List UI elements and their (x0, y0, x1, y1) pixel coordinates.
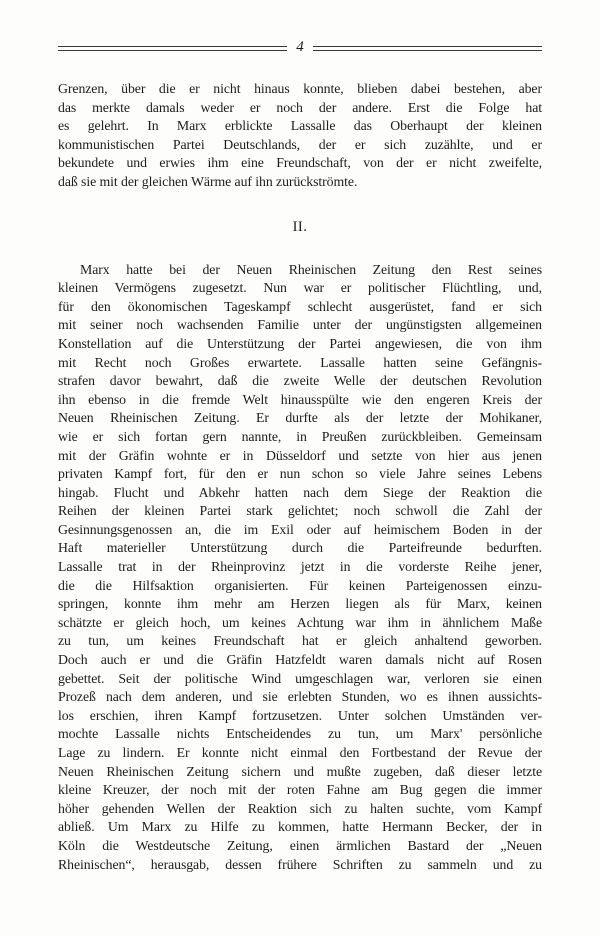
text-line: Marx hatte bei der Neuen Rheinischen Zei… (58, 261, 542, 280)
text-line: das merkte damals weder er noch der ande… (58, 99, 542, 118)
text-line: Neuen Rheinischen Zeitung. Er durfte als… (58, 409, 542, 428)
text-line: Grenzen, über die er nicht hinaus konnte… (58, 80, 542, 99)
text-line: mit der Gräfin wohnte er in Düsseldorf u… (58, 447, 542, 466)
text-line: es gelehrt. In Marx erblickte Lassalle d… (58, 117, 542, 136)
text-line: daß sie mit der gleichen Wärme auf ihn z… (58, 173, 542, 192)
paragraph: Grenzen, über die er nicht hinaus konnte… (58, 80, 542, 192)
text-line: bekundete und erwies ihm eine Freundscha… (58, 154, 542, 173)
document-page: 4 Grenzen, über die er nicht hinaus konn… (0, 0, 600, 936)
text-line: Rheinischen“, herausgab, dessen frühere … (58, 856, 542, 875)
text-line: zu tun, um keines Freundschaft hat er gl… (58, 632, 542, 651)
text-line: ihn ebenso in die fremde Welt hinausspül… (58, 391, 542, 410)
text-line: mochte Lassalle nichts Entscheidendes zu… (58, 725, 542, 744)
text-line: Neuen Rheinischen Zeitung sichern und mu… (58, 763, 542, 782)
section-heading: II. (58, 219, 542, 236)
text-line: kommunistischen Partei Deutschlands, der… (58, 136, 542, 155)
text-line: Doch auch er und die Gräfin Hatzfeldt wa… (58, 651, 542, 670)
text-line: Lassalle trat in der Rheinprovinz jetzt … (58, 558, 542, 577)
text-line: Haft materieller Unterstützung durch die… (58, 539, 542, 558)
text-line: für den ökonomischen Tageskampf schlecht… (58, 298, 542, 317)
text-line: los erschien, ihren Kampf fortzusetzen. … (58, 707, 542, 726)
page-number: 4 (287, 40, 313, 55)
text-line: abließ. Um Marx zu Hilfe zu kommen, hatt… (58, 818, 542, 837)
text-line: mit seiner noch wachsenden Familie unter… (58, 316, 542, 335)
text-line: Reihen der kleinen Partei stark gelichte… (58, 502, 542, 521)
text-line: gebettet. Seit der politische Wind umges… (58, 670, 542, 689)
text-line: kleine Kreuzer, der noch mit der roten F… (58, 781, 542, 800)
text-line: Lage zu lindern. Er konnte nicht einmal … (58, 744, 542, 763)
text-line: wie er sich fortan gern nannte, in Preuß… (58, 428, 542, 447)
text-line: Konstellation auf die Unterstützung der … (58, 335, 542, 354)
paragraph: Marx hatte bei der Neuen Rheinischen Zei… (58, 261, 542, 875)
text-line: kleinen Vermögens zugesetzt. Nun war er … (58, 279, 542, 298)
text-line: privaten Kampf fort, für den er nun scho… (58, 465, 542, 484)
running-head: 4 (58, 40, 542, 56)
text-line: strafen davor bewahrt, daß die zweite We… (58, 372, 542, 391)
header-rule-right (313, 46, 542, 51)
text-line: Prozeß nach dem anderen, und sie erlebte… (58, 688, 542, 707)
header-rule-left (58, 46, 287, 51)
text-line: springen, konnte ihm mehr am Herzen lieg… (58, 595, 542, 614)
text-line: schätzte er gleich hoch, um keines Achtu… (58, 614, 542, 633)
text-line: hingab. Flucht und Abkehr hatten nach de… (58, 484, 542, 503)
text-line: die die Hilfsaktion organisierten. Für k… (58, 577, 542, 596)
text-line: höher gehenden Wellen der Reaktion sich … (58, 800, 542, 819)
text-line: Gesinnungsgenossen an, die im Exil oder … (58, 521, 542, 540)
text-line: Köln die Westdeutsche Zeitung, einen ärm… (58, 837, 542, 856)
text-line: mit Recht noch Großes erwartete. Lassall… (58, 354, 542, 373)
text-block-container: Grenzen, über die er nicht hinaus konnte… (58, 80, 542, 874)
